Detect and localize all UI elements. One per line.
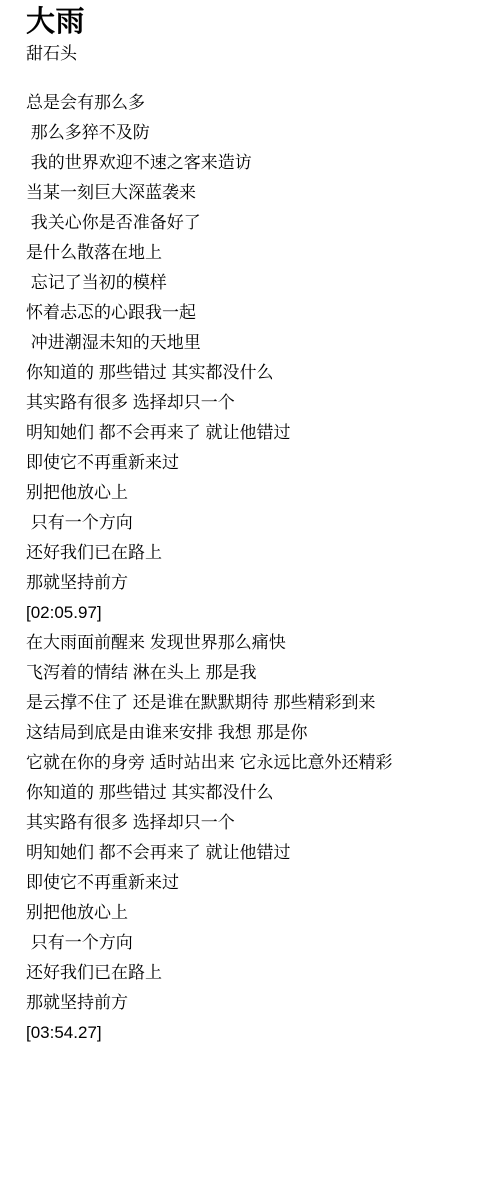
lyric-line: 还好我们已在路上 [26, 538, 490, 568]
lyric-line: 总是会有那么多 [26, 88, 490, 118]
lyric-line: [02:05.97] [26, 598, 490, 628]
lyric-line: 是云撑不住了 还是谁在默默期待 那些精彩到来 [26, 688, 490, 718]
lyric-line: 在大雨面前醒来 发现世界那么痛快 [26, 628, 490, 658]
lyric-line: 其实路有很多 选择却只一个 [26, 808, 490, 838]
lyric-line: 这结局到底是由谁来安排 我想 那是你 [26, 718, 490, 748]
lyric-line: 其实路有很多 选择却只一个 [26, 388, 490, 418]
lyric-line: 别把他放心上 [26, 898, 490, 928]
lyric-line: 飞泻着的情结 淋在头上 那是我 [26, 658, 490, 688]
lyric-line: 忘记了当初的模样 [26, 268, 490, 298]
lyric-line: 即使它不再重新来过 [26, 448, 490, 478]
lyric-line: 还好我们已在路上 [26, 958, 490, 988]
lyric-line: [03:54.27] [26, 1018, 490, 1048]
lyrics-body: 总是会有那么多 那么多猝不及防 我的世界欢迎不速之客来造访当某一刻巨大深蓝袭来 … [26, 88, 490, 1048]
lyric-line: 那就坚持前方 [26, 988, 490, 1018]
lyric-line: 别把他放心上 [26, 478, 490, 508]
lyric-line: 只有一个方向 [26, 928, 490, 958]
lyric-line: 我关心你是否准备好了 [26, 208, 490, 238]
lyric-line: 你知道的 那些错过 其实都没什么 [26, 358, 490, 388]
lyric-line: 怀着忐忑的心跟我一起 [26, 298, 490, 328]
lyrics-page: 大雨 甜石头 总是会有那么多 那么多猝不及防 我的世界欢迎不速之客来造访当某一刻… [0, 0, 500, 1048]
lyric-line: 那么多猝不及防 [26, 118, 490, 148]
lyric-line: 明知她们 都不会再来了 就让他错过 [26, 838, 490, 868]
artist-name: 甜石头 [26, 43, 490, 65]
lyric-line: 你知道的 那些错过 其实都没什么 [26, 778, 490, 808]
lyric-line: 它就在你的身旁 适时站出来 它永远比意外还精彩 [26, 748, 490, 778]
lyric-line: 明知她们 都不会再来了 就让他错过 [26, 418, 490, 448]
lyric-line: 冲进潮湿未知的天地里 [26, 328, 490, 358]
lyric-line: 我的世界欢迎不速之客来造访 [26, 148, 490, 178]
lyric-line: 是什么散落在地上 [26, 238, 490, 268]
lyric-line: 当某一刻巨大深蓝袭来 [26, 178, 490, 208]
song-title: 大雨 [26, 5, 490, 39]
lyric-line: 只有一个方向 [26, 508, 490, 538]
lyric-line: 即使它不再重新来过 [26, 868, 490, 898]
lyric-line: 那就坚持前方 [26, 568, 490, 598]
